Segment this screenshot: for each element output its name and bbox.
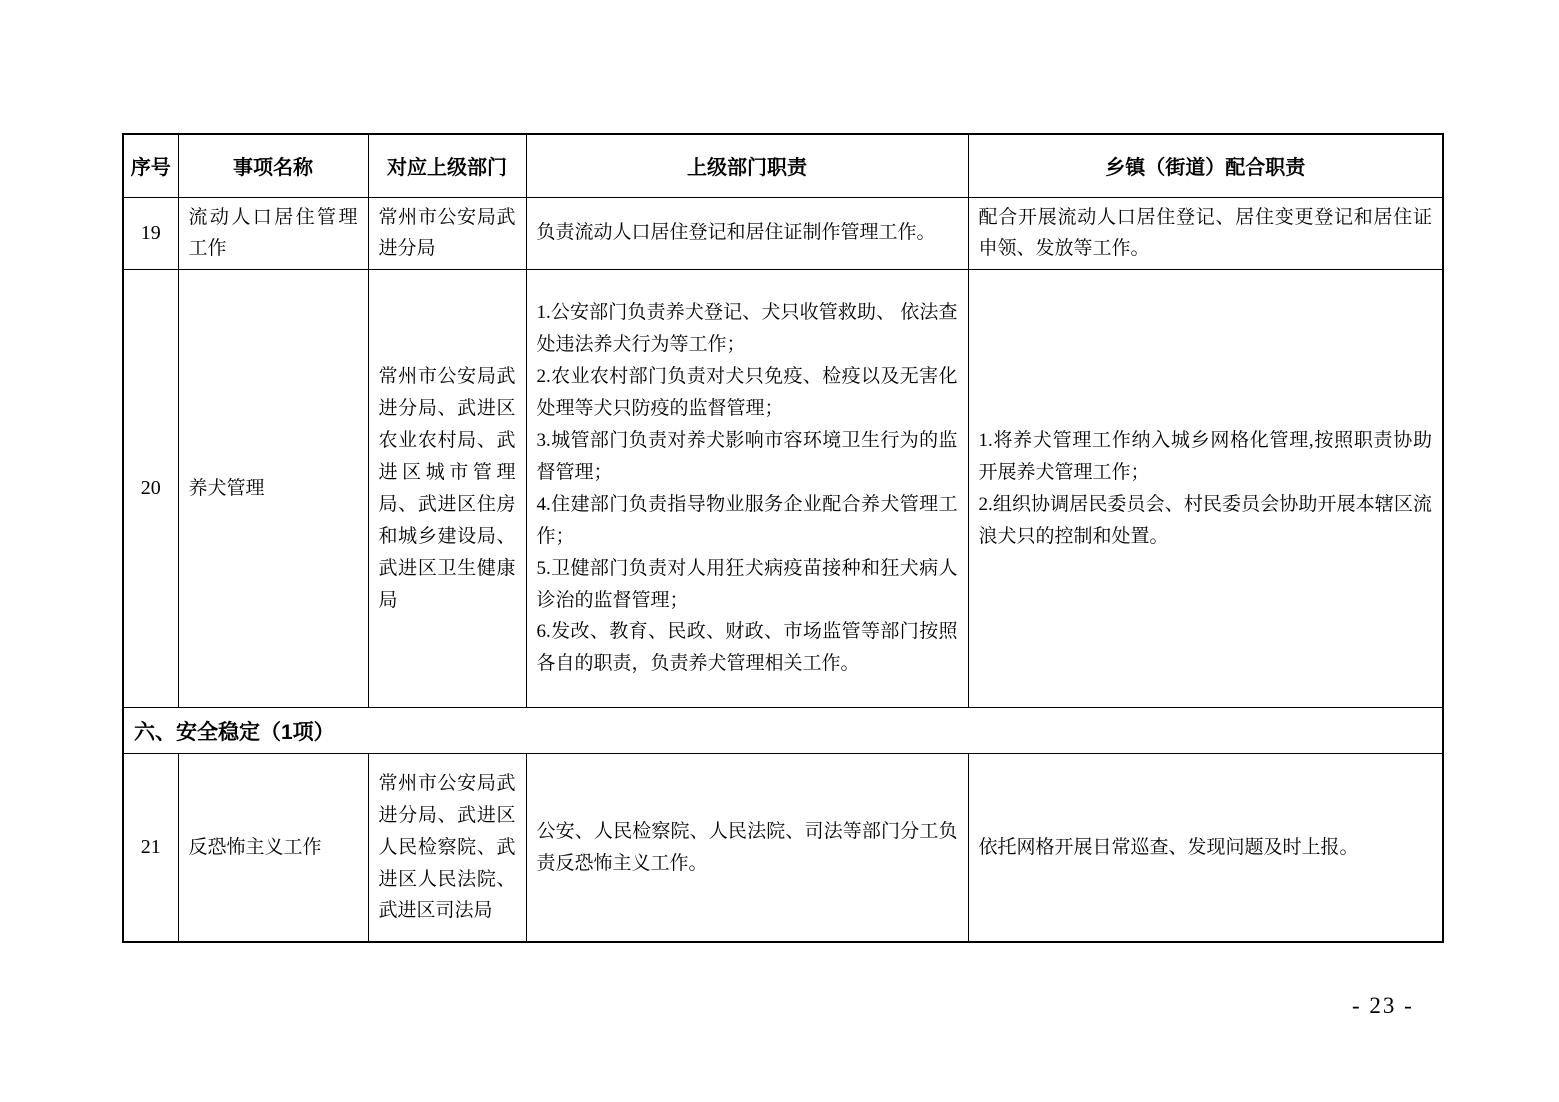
table-header-row: 序号 事项名称 对应上级部门 上级部门职责 乡镇（街道）配合职责 [123,134,1443,197]
cell-upper-dept-19: 常州市公安局武进分局 [368,197,526,270]
cell-town-duty-21: 依托网格开展日常巡查、发现问题及时上报。 [968,754,1443,942]
section-header-row: 六、安全稳定（1项） [123,708,1443,754]
column-header-upper-duty: 上级部门职责 [526,134,968,197]
column-header-serial: 序号 [123,134,178,197]
cell-upper-duty-20: 1.公安部门负责养犬登记、犬只收管救助、 依法查处违法养犬行为等工作； 2.农业… [526,270,968,708]
page-number: - 23 - [1352,993,1414,1019]
table-row-21: 21 反恐怖主义工作 常州市公安局武进分局、武进区人民检察院、武进区人民法院、武… [123,754,1443,942]
cell-serial-20: 20 [123,270,178,708]
cell-serial-19: 19 [123,197,178,270]
cell-town-duty-19: 配合开展流动人口居住登记、居住变更登记和居住证申领、发放等工作。 [968,197,1443,270]
column-header-item-name: 事项名称 [178,134,368,197]
responsibility-table: 序号 事项名称 对应上级部门 上级部门职责 乡镇（街道）配合职责 19 流动人口… [122,133,1444,943]
cell-item-name-19: 流动人口居住管理工作 [178,197,368,270]
document-page: 序号 事项名称 对应上级部门 上级部门职责 乡镇（街道）配合职责 19 流动人口… [0,0,1559,1102]
cell-item-name-21: 反恐怖主义工作 [178,754,368,942]
table-row-19: 19 流动人口居住管理工作 常州市公安局武进分局 负责流动人口居住登记和居住证制… [123,197,1443,270]
cell-upper-duty-19: 负责流动人口居住登记和居住证制作管理工作。 [526,197,968,270]
cell-upper-dept-20: 常州市公安局武进分局、武进区农业农村局、武进区城市管理局、武进区住房和城乡建设局… [368,270,526,708]
cell-item-name-20: 养犬管理 [178,270,368,708]
cell-serial-21: 21 [123,754,178,942]
cell-town-duty-20: 1.将养犬管理工作纳入城乡网格化管理,按照职责协助开展养犬管理工作； 2.组织协… [968,270,1443,708]
cell-upper-dept-21: 常州市公安局武进分局、武进区人民检察院、武进区人民法院、武进区司法局 [368,754,526,942]
table-row-20: 20 养犬管理 常州市公安局武进分局、武进区农业农村局、武进区城市管理局、武进区… [123,270,1443,708]
column-header-town-duty: 乡镇（街道）配合职责 [968,134,1443,197]
cell-upper-duty-21: 公安、人民检察院、人民法院、司法等部门分工负责反恐怖主义工作。 [526,754,968,942]
section-header-title: 六、安全稳定（1项） [123,708,1443,754]
column-header-upper-dept: 对应上级部门 [368,134,526,197]
